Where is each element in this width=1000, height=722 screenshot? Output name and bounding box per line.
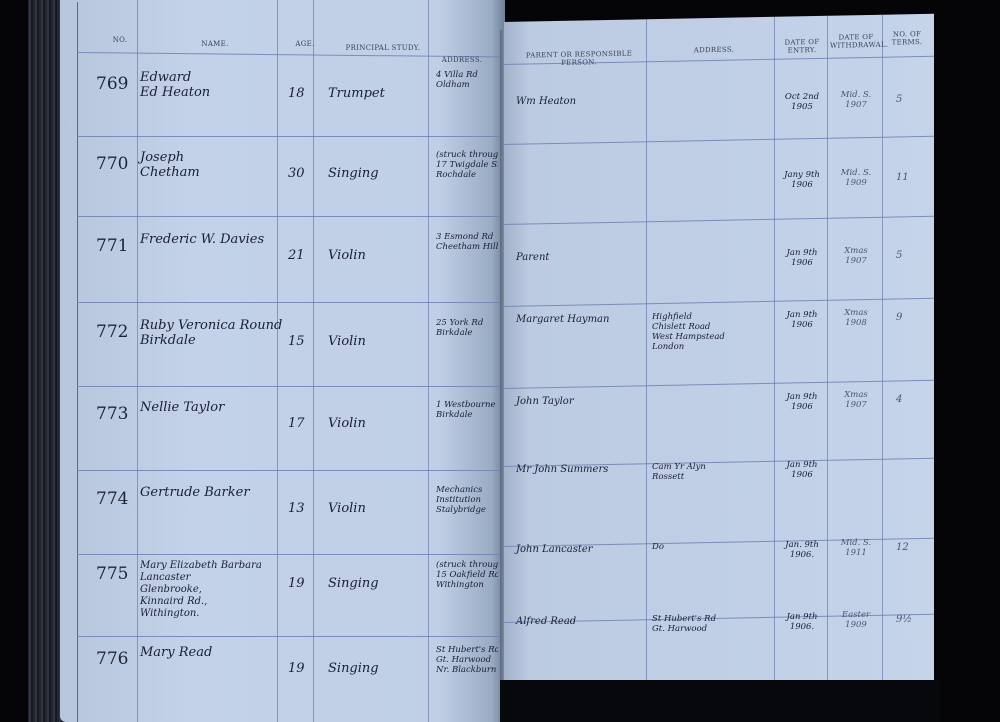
date-of-withdrawal: Xmas1908 (834, 308, 878, 328)
student-name: Mary Elizabeth BarbaraLancasterGlenbrook… (140, 560, 262, 620)
student-address: 3 Esmond RdCheetham Hill (436, 232, 498, 252)
date-of-entry: Jany 9th1906 (780, 170, 824, 190)
student-address: (struck through)15 Oakfield RdWithington (436, 560, 498, 590)
date-of-entry: Jan 9th1906 (780, 392, 824, 412)
student-age: 18 (288, 86, 305, 101)
col-header-age: Age. (280, 40, 330, 48)
student-address: MechanicsInstitutionStalybridge (436, 485, 498, 515)
col-header-study: Principal Study. (328, 44, 438, 52)
number-of-terms: 5 (896, 250, 902, 262)
date-of-entry: Jan 9th1906 (780, 460, 824, 480)
col-header-parent-address: Address. (679, 45, 749, 54)
parent-name: John Lancaster (516, 544, 593, 556)
principal-study: Singing (328, 661, 379, 676)
col-header-address: Address. (432, 56, 492, 64)
date-of-withdrawal: Mid. S.1911 (834, 538, 878, 558)
principal-study: Violin (328, 334, 366, 349)
entry-number: 776 (96, 649, 128, 669)
principal-study: Singing (328, 166, 379, 181)
number-of-terms: 4 (896, 394, 902, 406)
entry-number: 774 (96, 489, 128, 509)
number-of-terms: 5 (896, 94, 902, 106)
entry-number: 775 (96, 564, 128, 584)
parent-address: Cam Yr AlynRossett (652, 462, 706, 482)
entry-number: 769 (96, 74, 128, 94)
student-name: EdwardEd Heaton (140, 70, 210, 100)
col-header-parent: Parent or Responsible Person. (514, 49, 644, 67)
parent-name: Wm Heaton (516, 96, 576, 108)
col-header-no: No. (100, 36, 140, 44)
date-of-entry: Oct 2nd1905 (780, 92, 824, 112)
col-header-name: Name. (160, 40, 270, 48)
date-of-entry: Jan. 9th1906. (780, 540, 824, 560)
student-name: JosephChetham (140, 150, 200, 180)
parent-name: Margaret Hayman (516, 314, 609, 326)
number-of-terms: 12 (896, 542, 909, 554)
col-header-terms: No. of Terms. (884, 30, 930, 47)
student-age: 17 (288, 416, 305, 431)
student-age: 30 (288, 166, 305, 181)
principal-study: Violin (328, 416, 366, 431)
student-age: 21 (288, 248, 305, 263)
number-of-terms: 11 (896, 172, 909, 184)
parent-name: John Taylor (516, 396, 574, 408)
parent-name: Alfred Read (516, 616, 576, 628)
date-of-entry: Jan 9th1906 (780, 310, 824, 330)
entry-number: 773 (96, 404, 128, 424)
entry-number: 772 (96, 322, 128, 342)
date-of-withdrawal: Xmas1907 (834, 390, 878, 410)
student-age: 19 (288, 576, 305, 591)
student-name: Nellie Taylor (140, 400, 224, 415)
date-of-entry: Jan 9th1906. (780, 612, 824, 632)
entry-number: 771 (96, 236, 128, 256)
parent-name: Mr John Summers (516, 464, 608, 476)
principal-study: Violin (328, 248, 366, 263)
principal-study: Trumpet (328, 86, 385, 101)
entry-number: 770 (96, 154, 128, 174)
student-age: 19 (288, 661, 305, 676)
col-header-withdrawal: Date of Withdrawal. (830, 33, 882, 50)
student-age: 15 (288, 334, 305, 349)
principal-study: Singing (328, 576, 379, 591)
date-of-withdrawal: Xmas1907 (834, 246, 878, 266)
student-address: St Hubert's RdGt. HarwoodNr. Blackburn (436, 645, 498, 675)
date-of-withdrawal: Mid. S.1909 (834, 168, 878, 188)
student-address: 4 Villa RdOldham (436, 70, 498, 90)
student-address: (struck through)17 Twigdale StRochdale (436, 150, 498, 180)
bottom-shadow (500, 680, 940, 722)
date-of-entry: Jan 9th1906 (780, 248, 824, 268)
number-of-terms: 9½ (896, 614, 912, 626)
principal-study: Violin (328, 501, 366, 516)
left-page: No. Name. Age. Principal Study. Address. (60, 0, 505, 722)
student-name: Frederic W. Davies (140, 232, 264, 247)
student-address: 25 York RdBirkdale (436, 318, 498, 338)
date-of-withdrawal: Easter1909 (834, 610, 878, 630)
number-of-terms: 9 (896, 312, 902, 324)
student-name: Mary Read (140, 645, 212, 660)
parent-address: St Hubert's RdGt. Harwood (652, 614, 716, 634)
parent-name: Parent (516, 252, 549, 264)
parent-address: HighfieldChislett RoadWest HampsteadLond… (652, 312, 725, 352)
student-address: 1 Westbourne RdBirkdale (436, 400, 498, 420)
col-header-entry: Date of Entry. (780, 38, 824, 55)
student-name: Ruby Veronica RoundBirkdale (140, 318, 282, 348)
date-of-withdrawal: Mid. S.1907 (834, 90, 878, 110)
student-age: 13 (288, 501, 305, 516)
student-name: Gertrude Barker (140, 485, 250, 500)
parent-address: Do (652, 542, 664, 552)
